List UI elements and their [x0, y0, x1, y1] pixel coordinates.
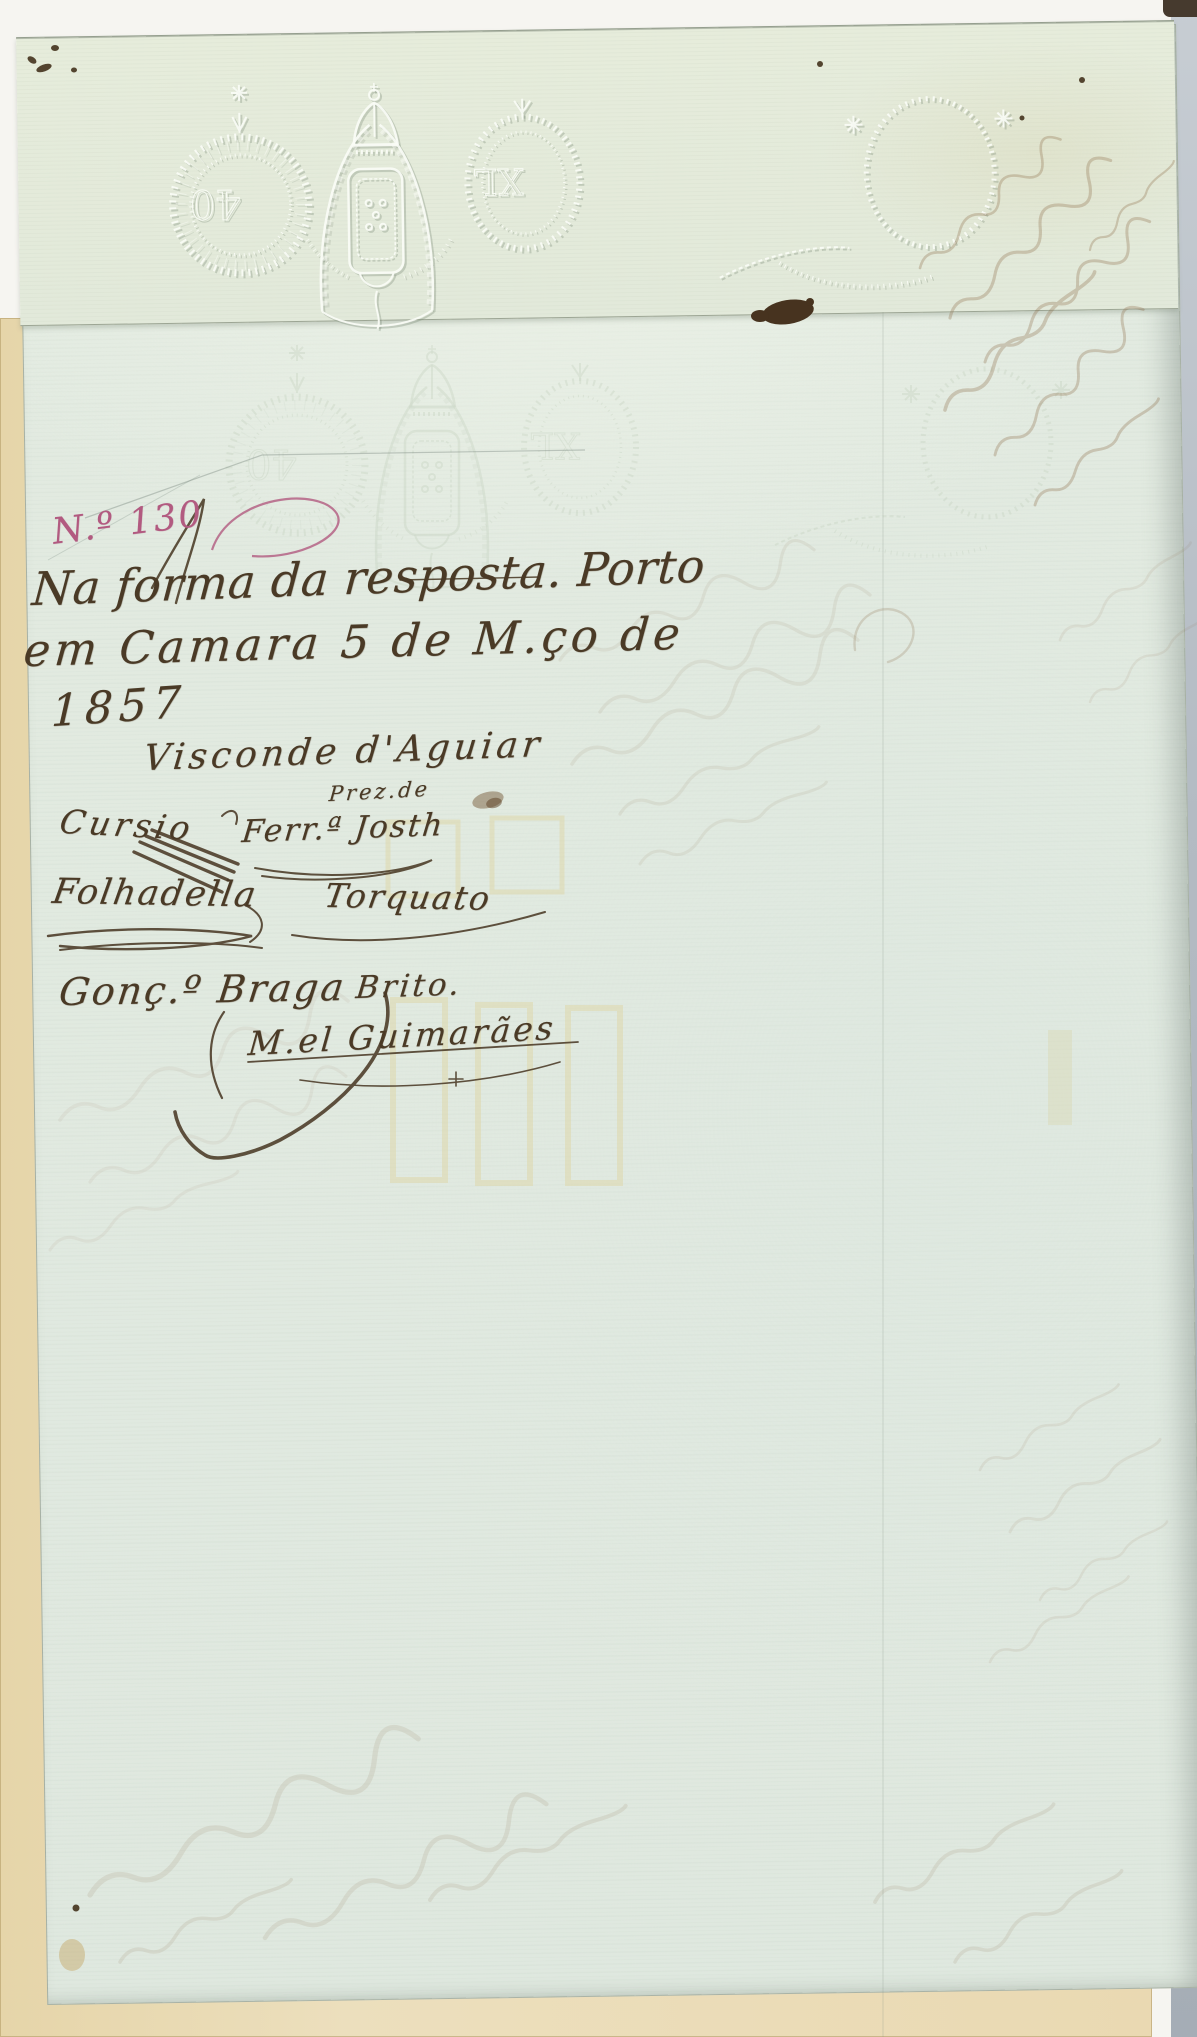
- folhadella-underline: [48, 929, 252, 949]
- tan-stain-band: [1048, 1030, 1072, 1125]
- flourish-show-through: [855, 609, 914, 662]
- signature-torquato: Torquato: [322, 876, 494, 918]
- ink-blot: [751, 296, 816, 328]
- brown-stain: [59, 1939, 85, 1971]
- show-through-writing-bottom: [72, 1724, 1133, 1962]
- signature-ferr: Ferr.ª Josth: [240, 807, 446, 850]
- show-through-writing-top-right: [893, 132, 1191, 505]
- signature-folhadella: Folhadella: [50, 872, 261, 915]
- show-through-writing-right: [968, 543, 1197, 1662]
- signature-cursio: Cursio: [56, 802, 197, 848]
- body-line-3: 1857: [50, 677, 187, 738]
- signature-braga: Gonç.º Braga: [57, 965, 349, 1014]
- guimaraes-cross-mark: [449, 1072, 463, 1086]
- red-stamp-flourish: [212, 499, 339, 557]
- signature-brito: Brito.: [354, 966, 464, 1006]
- scanned-manuscript-page: 40: [0, 0, 1197, 2037]
- show-through-layer: [0, 0, 1197, 2037]
